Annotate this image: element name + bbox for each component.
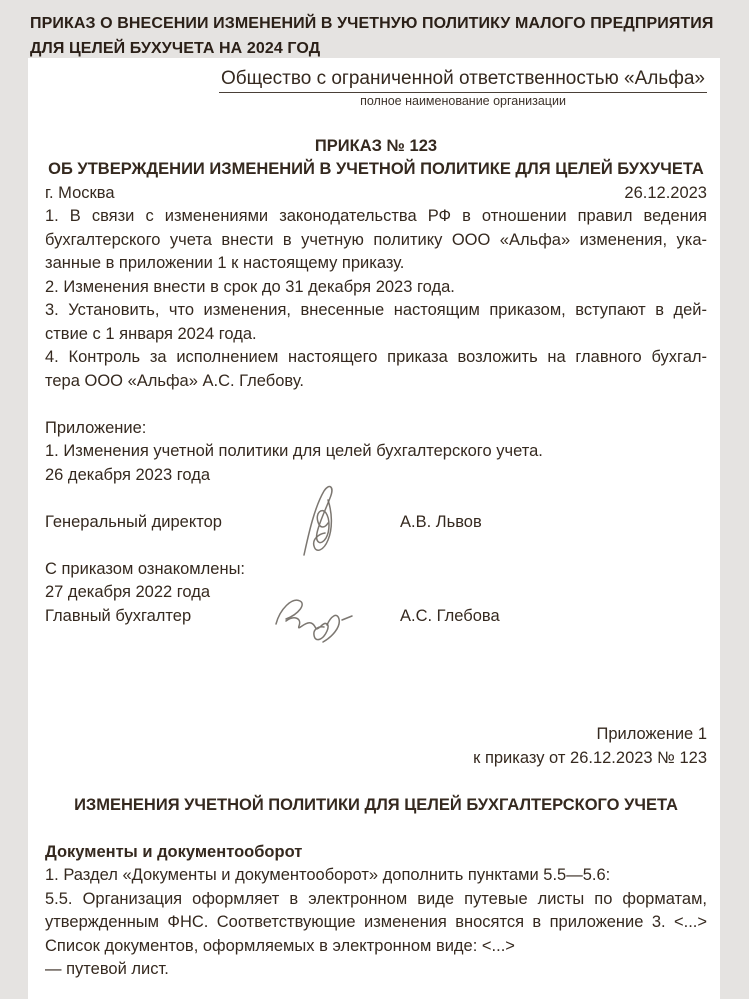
org-name-caption: полное наименование организации [219, 93, 707, 110]
director-name: А.В. Львов [400, 511, 482, 535]
spacer [45, 534, 707, 558]
appendix-label: Приложение 1 [45, 723, 707, 747]
org-name: Общество с ограниченной ответственностью… [219, 66, 707, 93]
appendix-paragraph-line: 1. Раздел «Документы и документооборот» … [45, 864, 707, 888]
appendix-title: ИЗМЕНЕНИЯ УЧЕТНОЙ ПОЛИТИКИ ДЛЯ ЦЕЛЕЙ БУХ… [45, 794, 707, 818]
spacer [45, 113, 707, 135]
accountant-role: Главный бухгалтер [45, 607, 191, 625]
spacer [45, 628, 707, 723]
attachment-label: Приложение: [45, 417, 707, 441]
acknowledged-date: 27 декабря 2022 года [45, 581, 707, 605]
order-paragraph-line: 3. Установить, что изменения, внесенные … [45, 299, 707, 323]
order-number-heading: ПРИКАЗ № 123 [45, 135, 707, 159]
city-date-row: г. Москва 26.12.2023 [45, 182, 707, 206]
appendix-section-title: Документы и документооборот [45, 841, 707, 865]
order-paragraph-line: 4. Контроль за исполнением настоящего пр… [45, 346, 707, 370]
order-title-heading: ОБ УТВЕРЖДЕНИИ ИЗМЕНЕНИЙ В УЧЕТНОЙ ПОЛИТ… [45, 158, 707, 182]
accountant-signature-row: Главный бухгалтер А.С. Глебова [45, 605, 707, 629]
order-paragraph-line: тера ООО «Альфа» А.С. Глебову. [45, 370, 707, 394]
sign-date: 26 декабря 2023 года [45, 464, 707, 488]
spacer [45, 487, 707, 511]
appendix-list-intro: Список документов, оформляемых в электро… [45, 935, 707, 959]
page-title: ПРИКАЗ О ВНЕСЕНИИ ИЗМЕНЕНИЙ В УЧЕТНУЮ ПО… [0, 0, 749, 61]
order-paragraph-line: 2. Изменения внести в срок до 31 декабря… [45, 276, 707, 300]
director-signature-row: Генеральный директор А.В. Львов [45, 511, 707, 535]
accountant-name: А.С. Глебова [400, 605, 500, 629]
order-date: 26.12.2023 [624, 182, 707, 206]
order-paragraph-line: занные в приложении 1 к настоящему прика… [45, 252, 707, 276]
org-name-block: Общество с ограниченной ответственностью… [45, 66, 707, 113]
order-paragraph-line: бухгалтерского учета внести в учетную по… [45, 229, 707, 253]
appendix-list-item: — путевой лист. [45, 958, 707, 982]
document-sheet: Общество с ограниченной ответственностью… [28, 58, 720, 999]
spacer [45, 770, 707, 794]
director-role: Генеральный директор [45, 513, 222, 531]
spacer [45, 817, 707, 841]
order-paragraph-line: 1. В связи с изменениями законодательств… [45, 205, 707, 229]
acknowledged-label: С приказом ознакомлены: [45, 558, 707, 582]
page-canvas: ПРИКАЗ О ВНЕСЕНИИ ИЗМЕНЕНИЙ В УЧЕТНУЮ ПО… [0, 0, 749, 999]
spacer [45, 393, 707, 417]
attachment-item: 1. Изменения учетной политики для целей … [45, 440, 707, 464]
appendix-reference: к приказу от 26.12.2023 № 123 [45, 747, 707, 771]
order-city: г. Москва [45, 182, 115, 206]
order-paragraph-line: ствие с 1 января 2024 года. [45, 323, 707, 347]
appendix-paragraph-line: 5.5. Организация оформляет в электронном… [45, 888, 707, 912]
appendix-paragraph-line: утвержденным ФНС. Соответствующие измене… [45, 911, 707, 935]
